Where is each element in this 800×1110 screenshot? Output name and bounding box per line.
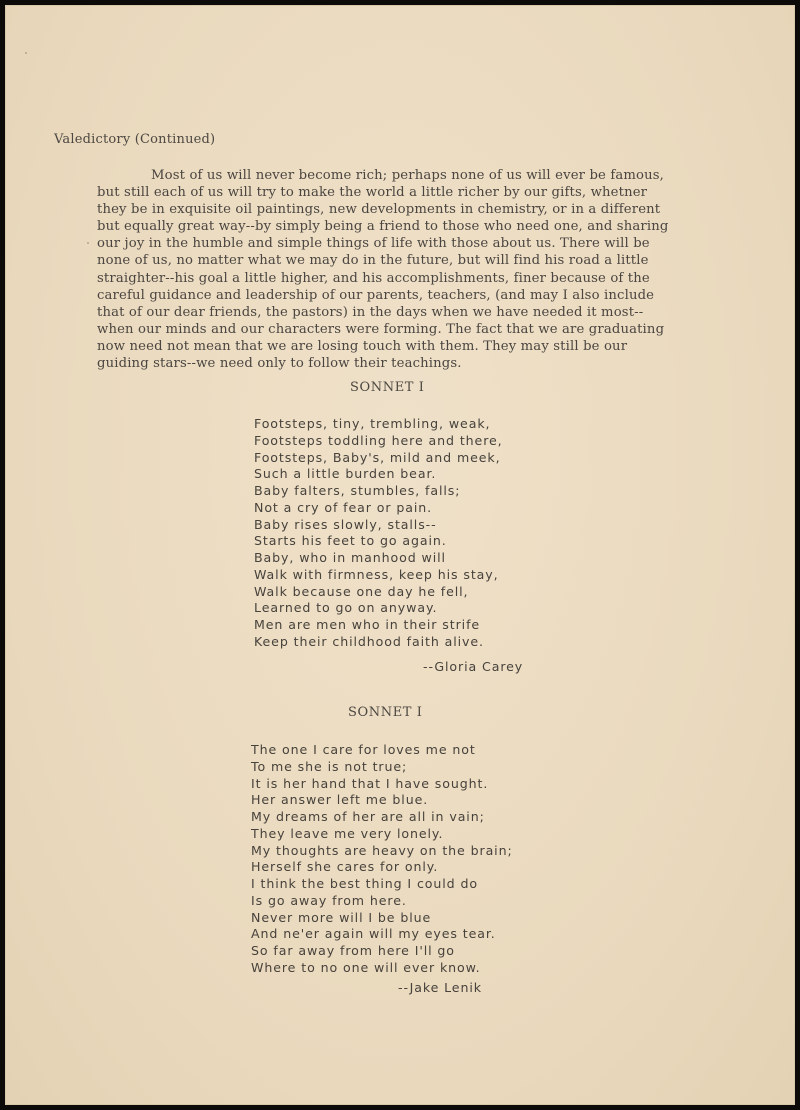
- poem-body: The one I care for loves me not To me sh…: [251, 742, 513, 977]
- paper-speck: [87, 242, 89, 244]
- poem-line: Footsteps, Baby's, mild and meek,: [254, 450, 503, 467]
- poem-attribution: --Jake Lenik: [398, 980, 482, 995]
- paragraph-line: straighter--his goal a little higher, an…: [97, 270, 737, 287]
- poem-line: Men are men who in their strife: [254, 617, 503, 634]
- paper-speck: [25, 52, 27, 54]
- poem-line: Walk because one day he fell,: [254, 584, 503, 601]
- paragraph-line: none of us, no matter what we may do in …: [97, 252, 737, 269]
- poem-attribution: --Gloria Carey: [423, 659, 523, 674]
- paragraph-line: Most of us will never become rich; perha…: [97, 167, 737, 184]
- paragraph-line: guiding stars--we need only to follow th…: [97, 355, 737, 372]
- poem-line: My thoughts are heavy on the brain;: [251, 843, 513, 860]
- poem-line: Keep their childhood faith alive.: [254, 634, 503, 651]
- poem-line: Herself she cares for only.: [251, 859, 513, 876]
- poem-line: They leave me very lonely.: [251, 826, 513, 843]
- poem-line: Baby rises slowly, stalls--: [254, 517, 503, 534]
- poem-title: SONNET I: [348, 705, 423, 720]
- document-page: Valedictory (Continued) Most of us will …: [5, 5, 795, 1105]
- poem-line: Baby, who in manhood will: [254, 550, 503, 567]
- paragraph-line: but still each of us will try to make th…: [97, 184, 737, 201]
- valedictory-paragraph: Most of us will never become rich; perha…: [97, 167, 737, 372]
- poem-line: Learned to go on anyway.: [254, 600, 503, 617]
- poem-body: Footsteps, tiny, trembling, weak, Footst…: [254, 416, 503, 651]
- poem-line: My dreams of her are all in vain;: [251, 809, 513, 826]
- paragraph-line: that of our dear friends, the pastors) i…: [97, 304, 737, 321]
- poem-line: Her answer left me blue.: [251, 792, 513, 809]
- poem-line: To me she is not true;: [251, 759, 513, 776]
- poem-line: Not a cry of fear or pain.: [254, 500, 503, 517]
- poem-line: Walk with firmness, keep his stay,: [254, 567, 503, 584]
- poem-line: Starts his feet to go again.: [254, 533, 503, 550]
- poem-line: It is her hand that I have sought.: [251, 776, 513, 793]
- poem-line: Never more will I be blue: [251, 910, 513, 927]
- paragraph-line: they be in exquisite oil paintings, new …: [97, 201, 737, 218]
- poem-line: So far away from here I'll go: [251, 943, 513, 960]
- poem-line: Where to no one will ever know.: [251, 960, 513, 977]
- poem-line: Footsteps, tiny, trembling, weak,: [254, 416, 503, 433]
- poem-line: Such a little burden bear.: [254, 466, 503, 483]
- paragraph-line: but equally great way--by simply being a…: [97, 218, 737, 235]
- poem-line: And ne'er again will my eyes tear.: [251, 926, 513, 943]
- paragraph-line: our joy in the humble and simple things …: [97, 235, 737, 252]
- poem-title: SONNET I: [350, 380, 425, 395]
- poem-line: The one I care for loves me not: [251, 742, 513, 759]
- poem-line: Baby falters, stumbles, falls;: [254, 483, 503, 500]
- paragraph-line: careful guidance and leadership of our p…: [97, 287, 737, 304]
- paragraph-line: now need not mean that we are losing tou…: [97, 338, 737, 355]
- poem-line: Footsteps toddling here and there,: [254, 433, 503, 450]
- poem-line: I think the best thing I could do: [251, 876, 513, 893]
- poem-line: Is go away from here.: [251, 893, 513, 910]
- page-heading: Valedictory (Continued): [54, 132, 215, 147]
- paragraph-line: when our minds and our characters were f…: [97, 321, 737, 338]
